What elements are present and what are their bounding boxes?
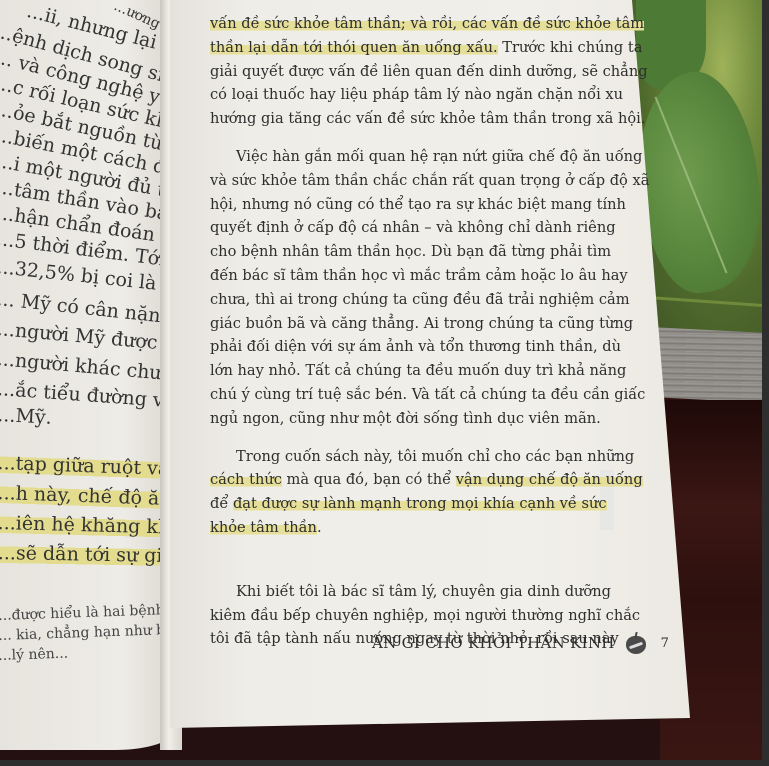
- body-line: phải đối diện với sự ám ảnh và tổn thươn…: [210, 335, 615, 359]
- body-text: Trước khi chúng ta: [498, 39, 643, 56]
- body-line: hội, nhưng nó cũng có thể tạo ra sự khác…: [210, 193, 615, 217]
- body-line: có loại thuốc hay liệu pháp tâm lý nào n…: [210, 83, 615, 107]
- apple-icon: [625, 632, 647, 654]
- body-line: Trong cuốn sách này, tôi muốn chỉ cho cá…: [210, 445, 615, 469]
- image-border-right: [762, 0, 769, 766]
- running-title: ĂN GÌ CHO KHỎI THẦN KINH: [372, 634, 615, 652]
- body-line: giải quyết được vấn đề liên quan đến din…: [210, 60, 615, 84]
- wood-plank: [655, 327, 762, 403]
- left-page: ...ương và sức khỏ... ...ii, nhưng lại c…: [0, 0, 175, 750]
- left-footnote-line: ...lý nên...: [0, 646, 68, 664]
- left-line: ...Mỹ.: [0, 404, 52, 429]
- image-border-bottom: [0, 760, 769, 766]
- left-highlighted-line: ...h này, chế độ ăn uống và...: [0, 482, 175, 514]
- page-number: 7: [661, 636, 669, 651]
- body-line: kiêm đầu bếp chuyên nghiệp, mọi người th…: [210, 604, 615, 628]
- left-footnote-line: ... kia, chẳng hạn như béo phì và...: [0, 619, 175, 644]
- body-line: đến bác sĩ tâm thần học vì mắc trầm cảm …: [210, 264, 615, 288]
- body-line: Việc hàn gắn mối quan hệ rạn nứt giữa ch…: [210, 145, 615, 169]
- left-highlighted-line: ...sẽ dẫn tới sự gia tăng các...: [0, 542, 175, 569]
- body-line: Khi biết tôi là bác sĩ tâm lý, chuyên gi…: [210, 580, 615, 604]
- highlighted-text: khỏe tâm thần: [210, 519, 317, 536]
- body-line: chưa, thì ai trong chúng ta cũng đều đã …: [210, 288, 615, 312]
- highlighted-text: cách thức: [210, 471, 282, 488]
- highlighted-text: đạt được sự lành mạnh trong mọi khía cạn…: [233, 495, 607, 512]
- body-line: cho bệnh nhân tâm thần học. Dù bạn đã từ…: [210, 240, 615, 264]
- body-text: mà qua đó, bạn có thể: [282, 471, 456, 488]
- right-page-text: vấn đề sức khỏe tâm thần; và rồi, các vấ…: [210, 12, 615, 651]
- body-line: ngủ ngon, cũng như một đời sống tình dục…: [210, 407, 615, 431]
- body-text: để: [210, 495, 233, 512]
- paragraph-1: vấn đề sức khỏe tâm thần; và rồi, các vấ…: [210, 12, 615, 131]
- body-line: và sức khỏe tâm thần chắc chắn rất quan …: [210, 169, 615, 193]
- page-footer: ĂN GÌ CHO KHỎI THẦN KINH 7: [372, 632, 669, 654]
- left-highlighted-line: ...iên hệ khăng khít nhau...: [0, 512, 175, 541]
- paragraph-3: Trong cuốn sách này, tôi muốn chỉ cho cá…: [210, 445, 615, 540]
- left-footnote-line: ...được hiểu là hai bệnh dịch đa...: [0, 600, 175, 624]
- highlighted-text: vấn đề sức khỏe tâm thần; và rồi, các vấ…: [210, 15, 644, 32]
- body-line: quyết định ở cấp độ cá nhân – và không c…: [210, 216, 615, 240]
- highlighted-text: vận dụng chế độ ăn uống: [456, 471, 643, 488]
- left-highlighted-line: ...tạp giữa ruột và não, điều...: [0, 452, 175, 484]
- body-line: chú ý cùng trí tuệ sắc bén. Và tất cả ch…: [210, 383, 615, 407]
- body-text: .: [317, 519, 322, 536]
- body-line: giác buồn bã và căng thẳng. Ai trong chú…: [210, 312, 615, 336]
- photo-scene: ...ương và sức khỏ... ...ii, nhưng lại c…: [0, 0, 762, 760]
- body-line: lớn hay nhỏ. Tất cả chúng ta đều muốn du…: [210, 359, 615, 383]
- highlighted-text: thần lại dẫn tới thói quen ăn uống xấu.: [210, 39, 498, 56]
- paragraph-2: Việc hàn gắn mối quan hệ rạn nứt giữa ch…: [210, 145, 615, 431]
- body-line: hướng gia tăng các vấn đề sức khỏe tâm t…: [210, 107, 615, 131]
